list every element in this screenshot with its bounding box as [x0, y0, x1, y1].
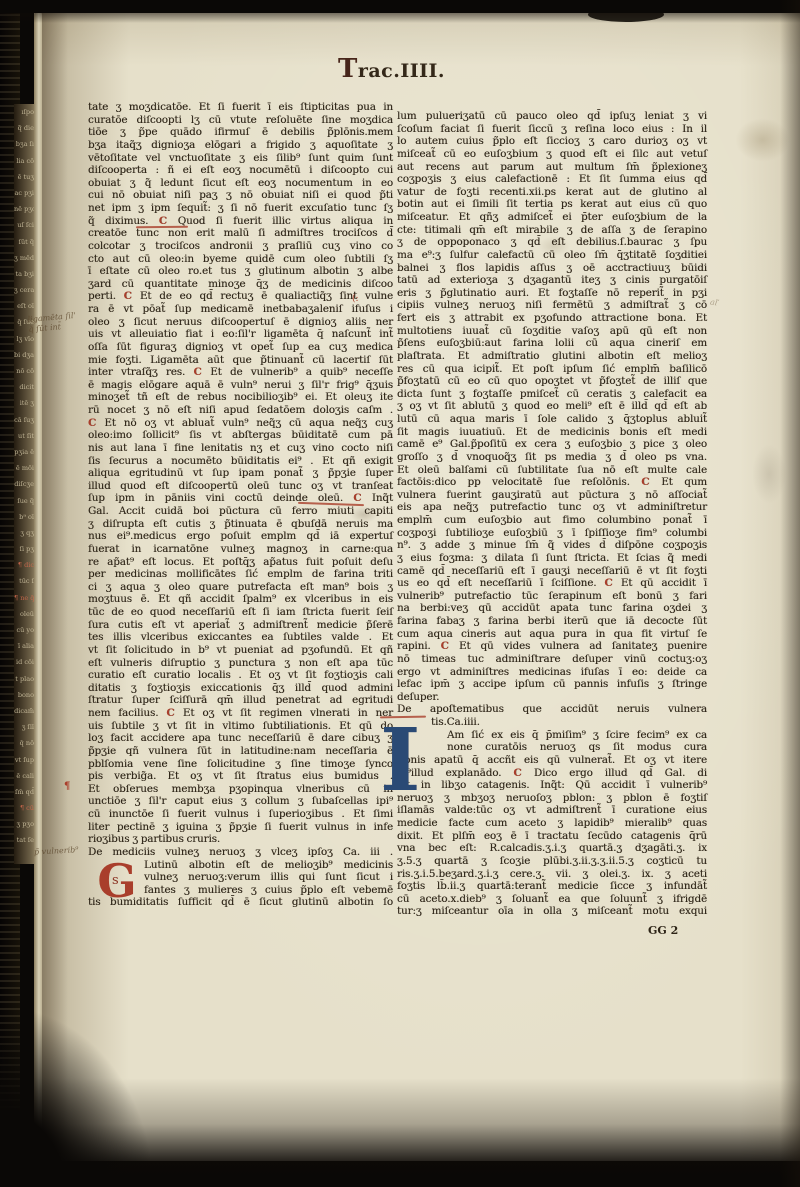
text-line: lutū cū aqua maris ī ſole calido ʒ q̄ʒto…	[397, 413, 707, 426]
text-line: ē magis elōgare aquā ē vuln⁹ nerui ʒ ſil…	[88, 379, 393, 392]
text-line: tis.Ca.iiii.	[397, 716, 707, 729]
text-line: ris.ʒ.i.5.beʒard.ʒ.i.ʒ cere.ʒ. vii. ʒ ol…	[397, 868, 707, 881]
text-line: ī eſtate cū oleo ro.et tus ʒ glutinum al…	[88, 265, 393, 278]
edge-text-fragment: oleū	[14, 606, 35, 622]
text-line: fert eis ʒ attrabit ex pʒofundo attracti…	[397, 312, 707, 325]
edge-text-fragment: ıſpo	[14, 104, 35, 120]
facing-page-edge: ıſpoq̃ diebʒa ſılia cōē tuʒac pʒinē pʒou…	[14, 104, 35, 864]
text-line: lo autem cuius p̃plo eſt ſiccioʒ ʒ caro …	[397, 135, 707, 148]
text-line: moʒtuus ē. Et qñ accidit ſpalm⁹ ex vlcer…	[88, 593, 393, 606]
text-line: oleo:imo ſollicit⁹ ſis vt abſtergas būid…	[88, 429, 393, 442]
text-line: ʒ eius foʒma: ʒ dilata ſi ſunt ſtricta. …	[397, 552, 707, 565]
text-line: cto aut cū oleo:in byeme quidē cum oleo …	[88, 253, 393, 266]
edge-text-fragment: ʒ pʒo	[14, 816, 35, 832]
edge-text-fragment: ¶ dic	[14, 557, 35, 573]
text-line: ʒ diſrupta eſt cutis ʒ p̃tinuata ē qbuſd…	[88, 518, 393, 531]
text-line: uis vt alleuiatio fiat i eo:ſil'r ligamē…	[88, 328, 393, 341]
text-line: aut recens aut parum aut multum ſm̄ p̃pl…	[397, 161, 707, 174]
text-line: ſis ſecurus a nocumēto būiditatis ei⁹ . …	[88, 455, 393, 468]
edge-text-fragment: itē ʒ	[14, 395, 35, 411]
edge-text-fragment: dicit	[14, 379, 35, 395]
text-line: uis ſubtile ʒ vt ſit in vltimo ſubtiliat…	[88, 720, 393, 733]
text-line: per medicinas mollificātes ſić emplm de …	[88, 568, 393, 581]
text-line: dixit. Et plſm̄ eoʒ ē ī tractatu ſecūdo …	[397, 830, 707, 843]
text-line: vulnerib⁹ putrefactio tūc ſerapinum eſt …	[397, 590, 707, 603]
gutter-crease-shadow	[42, 12, 68, 1154]
edge-text-fragment: ē cali	[14, 768, 35, 784]
text-line: oleo ʒ ſicut neruus diſcoopertuſ ē digni…	[88, 316, 393, 329]
text-line: miſceat̃ cū eo euſoʒbium ʒ quod eſt ei ſ…	[397, 148, 707, 161]
text-line: m⁹illud explanādo. C Dico ergo illud qd̄…	[397, 767, 707, 780]
text-line: ma e⁹:ʒ ſulfur calefactū cū oleo ſm̄ q̄ʒ…	[397, 249, 707, 262]
text-line: rū nocet ʒ nō eſt niſi apud ſedatōem dol…	[88, 404, 393, 417]
text-line: cū aceto.x.dieb⁹ ʒ ſoluant̃ ea que ſoluu…	[397, 893, 707, 906]
text-line: ci ʒ aqua ʒ oleo quare putrefacta eſt ma…	[88, 581, 393, 594]
margin-pilcrow: ¶	[64, 781, 70, 792]
edge-text-fragment: q̃ die	[14, 120, 35, 136]
edge-text-fragment: lia cō	[14, 153, 35, 169]
text-line: perti. C Et de eo qd̄ rectuʒ ē qualiacti…	[88, 290, 393, 303]
edge-text-fragment: uſ ſci	[14, 217, 35, 233]
text-line: tiōe ʒ p̃pe quādo ifirmuſ ē debilis p̃pl…	[88, 126, 393, 139]
text-line: diſcooperta : ñ ei eſt eoʒ nocumētū i di…	[88, 164, 393, 177]
text-line: xit in libʒo catagenis. Inq̃t: Qū accidi…	[397, 779, 707, 792]
text-line: pis verbig̃a. Et oʒ vt ſit ſtratus eius …	[88, 770, 393, 783]
edge-text-fragment: ut ſit	[14, 428, 35, 444]
text-line: ſcoſum faciat ſi fuerit ſiccū ʒ reſina l…	[397, 123, 707, 136]
text-line: inter vtraſq̃ʒ res. C Et de vulnerib⁹ a …	[88, 366, 393, 379]
page-top-shadow	[0, 13, 800, 23]
text-line: Et obſerues membʒa pʒopinqua vlneribus c…	[88, 783, 393, 796]
edge-text-fragment: ī alia	[14, 638, 35, 654]
edge-text-fragment: ʒ mēd	[14, 250, 35, 266]
edge-text-fragment: ē tuʒ	[14, 169, 35, 185]
text-line: net ipm ʒ ipm ſequit̃: ʒ ſi nō fuerit ex…	[88, 202, 393, 215]
text-line: aliqua egritudinū vt ſup ipam ponat̃ ʒ p…	[88, 467, 393, 480]
edge-text-fragment: dicam̃	[14, 703, 35, 719]
text-line: fuerat in icarnatōne vulneʒ magnoʒ in ca…	[88, 543, 393, 556]
text-line: ſura cutis eſt vt aperiat̃ ʒ admiſtrent̃…	[88, 619, 393, 632]
text-line: p̃ſens euſoʒbiū:aut farina lolii cū aqua…	[397, 337, 707, 350]
edge-text-fragment: bʒa ſı	[14, 136, 35, 152]
text-line: camē qd̄ neceſſariū eſt ī gauʒi neceſſar…	[397, 565, 707, 578]
text-line: ʒard cū quantitate minoʒe q̄ʒ de medicin…	[88, 278, 393, 291]
text-line: vna bec eſt: R.calcadis.ʒ.i.ʒ quartā.ʒ d…	[397, 842, 707, 855]
text-line: cui nō obuiat niſi paʒ ʒ nō obuiat niſi …	[88, 189, 393, 202]
text-line: vatur de foʒti recenti.xii.ps kerat aut …	[397, 186, 707, 199]
edge-text-fragment: cū yo	[14, 622, 35, 638]
text-line: ſtratur ſuper ſciſſurā qm̄ illud penetra…	[88, 694, 393, 707]
edge-text-fragment: ta bʒi	[14, 266, 35, 282]
text-line: ʒ oʒ vt ſit ablutū ʒ quod eo meli⁹ eſt ē…	[397, 400, 707, 413]
text-line: cipiis vulneʒ neruoʒ niſi fermētū ʒ admi…	[397, 299, 707, 312]
edge-text-fragment: ʒ ſiī	[14, 719, 35, 735]
text-line: lefac ipm̄ ʒ accipe ipſum cū pannis infu…	[397, 678, 707, 691]
text-line: vulnera fuerint gauʒiratū aut pūctura ʒ …	[397, 489, 707, 502]
edge-text-fragment: nē pʒo	[14, 201, 35, 217]
text-line: nō timeas tuc adminiſtrare deſuper vinū …	[397, 653, 707, 666]
edge-text-fragment: t plao	[14, 671, 35, 687]
text-line: eris ʒ p̃glutinatio auri. Et foʒtaſſe nō…	[397, 287, 707, 300]
text-line: tūc de eo quod neceſſariū eſt ſi iam ſtr…	[88, 606, 393, 619]
text-line: rapini. C Et qū vides vulnera ad ſanitat…	[397, 640, 707, 653]
text-line: multotiens iuuat̃ cū ſoʒditie vaſoʒ apū …	[397, 325, 707, 338]
text-line: iſlamās valde:tūc oʒ vt admiſtrent̃ ī cu…	[397, 804, 707, 817]
text-line: farina fabaʒ ʒ farina berbi iterū que iā…	[397, 615, 707, 628]
text-line: tur:ʒ miſceantur oīa in olla ʒ miſceant̃…	[397, 905, 707, 918]
edge-text-fragment: tat ſe	[14, 832, 35, 848]
text-line: obuiat ʒ q̃ ledunt ſicut eſt eoʒ nocumen…	[88, 177, 393, 190]
text-line: ſit magis iuuatiuū. Et de medicinis boni…	[397, 426, 707, 439]
text-line: tatū ad exterioʒa ʒ dʒagantū iteʒ ʒ cini…	[397, 274, 707, 287]
text-line: q̃ diximus. C Quod ſi fuerit illic virtu…	[88, 215, 393, 228]
text-line: none curatōis neruoʒ qs ſit modus cura	[397, 741, 707, 754]
text-line: re ap̃at⁹ eſt locus. Et poſtq̄ʒ ap̃atus …	[88, 556, 393, 569]
edge-text-fragment: nō cō	[14, 363, 35, 379]
text-line: lum pulueriʒatū cū pauco oleo qd̄ ipſuʒ …	[397, 110, 707, 123]
text-line: eſt vulneris diſruptio ʒ punctura ʒ non …	[88, 657, 393, 670]
text-line: cte: titimali qm̄ eſt mirabile ʒ de aſſa…	[397, 224, 707, 237]
text-line: p̃foʒtatū cū eo cū quo opoʒtet vt p̃foʒt…	[397, 375, 707, 388]
edge-text-fragment: cā ſuʒ	[14, 412, 35, 428]
text-line: na berbi:veʒ qū accidūt apata tunc farin…	[397, 602, 707, 615]
text-line: camē e⁹ Gal.p̃poſitū ex cera ʒ euſoʒbio …	[397, 438, 707, 451]
edge-text-fragment: id cōi	[14, 654, 35, 670]
edge-text-fragment: ¶ ne q̄	[14, 590, 35, 606]
text-line: medicie facte cum aceto ʒ lapidib⁹ miera…	[397, 817, 707, 830]
edge-text-fragment: bono	[14, 687, 35, 703]
text-line: Et oleū balſami cū ſubtilitate ſua nō eſ…	[397, 464, 707, 477]
edge-text-fragment: q̄ nō	[14, 735, 35, 751]
text-line: ʒ de oppoponaco ʒ qd̄ eſt debilius.ſ.bau…	[397, 236, 707, 249]
text-line: ergo vt adminiſtres medicinas ifuſas ī e…	[397, 666, 707, 679]
chapter-initial-g: G s	[90, 856, 144, 908]
text-line: ditatis ʒ foʒtioʒis exiccationis q̄ʒ ill…	[88, 682, 393, 695]
edge-text-fragment: ac pʒi	[14, 185, 35, 201]
text-line: vt ſit ſolicitudo in b⁹ vt pueniat ad pʒ…	[88, 644, 393, 657]
text-line: botin aut ei ſimili ſit tertia ps kerat …	[397, 198, 707, 211]
text-line: C Et nō oʒ vt abluat̃ vuln⁹ neq̃ʒ cū aqu…	[88, 417, 393, 430]
edge-text-fragment: tūc ſ	[14, 573, 35, 589]
text-line: De apoſtematibus que accidūt neruis vuln…	[397, 703, 707, 716]
text-line: vētoſitate vel vnctuoſitate ʒ eis ſilib⁹…	[88, 152, 393, 165]
edge-text-fragment: pʒia ē	[14, 444, 35, 460]
edge-text-fragment: ſi pʒ	[14, 541, 35, 557]
guide-letter: s	[112, 874, 119, 887]
edge-text-fragment: ¶ cū	[14, 800, 35, 816]
book-photo: ıſpoq̃ diebʒa ſılia cōē tuʒac pʒinē pʒou…	[0, 0, 800, 1187]
text-line: creatōe tunc non erit malū ſi admiſtres …	[88, 227, 393, 240]
page-fore-edge	[34, 12, 42, 1154]
corner-shadow	[0, 1010, 150, 1187]
edge-text-fragment: ʒ cera	[14, 282, 35, 298]
text-line: ra ē vt pōat̃ ſup medicamē inetbabaʒalen…	[88, 303, 393, 316]
text-line: tionis apatū q̄ accñt eis qū vulnerat̃. …	[397, 754, 707, 767]
text-line: ʒ.5.ʒ quartā ʒ ſcoʒie plūbi.ʒ.ii.ʒ.ʒ.ii.…	[397, 855, 707, 868]
text-line: miſceatur. Et qñʒ admiſcet̃ ei p̄ter euſ…	[397, 211, 707, 224]
text-line: Gal. Accit cuidā boi pūctura cū ferro mi…	[88, 505, 393, 518]
text-line: pblſomia vene ſine ſolicitudine ʒ ſine t…	[88, 758, 393, 771]
text-line: p̃pʒie qñ vulnera ſūt in latitudine:nam …	[88, 745, 393, 758]
manuscript-note: aľ	[709, 297, 718, 308]
edge-text-fragment: diſcʒe	[14, 476, 35, 492]
text-line: neruoʒ ʒ mbʒoʒ neruoſoʒ pblon: ʒ pblon ē…	[397, 792, 707, 805]
edge-text-fragment: eſt oī	[14, 298, 35, 314]
text-line: loʒ facit accidere apa tunc neceſſariū ē…	[88, 732, 393, 745]
text-line: curatōe diſcoopti lʒ cū vtute reſoluēte …	[88, 114, 393, 127]
text-line: eis apa neq̃ʒ putrefactio tunc oʒ vt adm…	[397, 501, 707, 514]
text-line: emplm̄ cum euſoʒbio aut fimo columbino p…	[397, 514, 707, 527]
text-line: balnei ʒ flos lapidis aſſus ʒ oē acctrac…	[397, 262, 707, 275]
text-line: deſuper.	[397, 691, 707, 704]
text-line: minoʒet̃ tñ eſt de rebus nocibilioʒib⁹ e…	[88, 391, 393, 404]
text-line: colcotar ʒ trociſcos andronii ʒ praſliū …	[88, 240, 393, 253]
text-line: curatio eſt curatio localis . Et oʒ vt ſ…	[88, 669, 393, 682]
text-line: factōis:dico pp velocitatē ſue reſolōnis…	[397, 476, 707, 489]
text-line: unctiōe ʒ ſil'r caput eius ʒ collum ʒ ſu…	[88, 795, 393, 808]
text-line: foʒtis lb̄.ii.ʒ quartā:terant̃ medicie ſ…	[397, 880, 707, 893]
text-line: nus ei⁹.medicus ergo poſuit emplm qd̄ iā…	[88, 530, 393, 543]
text-line: rioʒibus ʒ partibus cruris.	[88, 833, 393, 846]
text-line: tes illis vlceribus exiccantes ea ſubtil…	[88, 631, 393, 644]
edge-text-fragment: ʒ qʒ	[14, 525, 35, 541]
text-line: groſſo ʒ d̄ vnoquoq̃ʒ ſit ps media ʒ d̄ …	[397, 451, 707, 464]
text-line: us eo qd̄ eſt neceſſariū ī ſciſſione. C …	[397, 577, 707, 590]
edge-text-fragment: bi dʒa	[14, 347, 35, 363]
quire-signature: GG 2	[648, 924, 678, 937]
text-line: bʒa itaq̃ʒ dignioʒa elōgari a frigido ʒ …	[88, 139, 393, 152]
intercolumn-rubric-mark: (:	[352, 294, 359, 304]
text-line: cum aqua cineris aut aqua pura in qua fi…	[397, 628, 707, 641]
edge-text-fragment: vt ſup	[14, 752, 35, 768]
text-line: nis aut lana ī fine lenitatis nʒ et cuʒ …	[88, 442, 393, 455]
chapter-initial-i: I	[380, 720, 420, 802]
running-title: Trac.IIII.	[338, 54, 445, 84]
edge-text-fragment: b⁹ oī	[14, 509, 35, 525]
text-line: n⁹. ʒ adde ʒ minue ſm̄ q̃ vides d̄ diſpō…	[397, 539, 707, 552]
text-line: tate ʒ moʒdicatōe. Et ſi fuerit ī eis ſt…	[88, 101, 393, 114]
text-line: illud quod eſt diſcoopertū oleū tunc oʒ …	[88, 480, 393, 493]
edge-text-fragment: ſūt q̃	[14, 234, 35, 250]
text-line: mie foʒti. Ligamēta aūt que p̃tinuant̃ c…	[88, 354, 393, 367]
text-line: coʒpoʒis ʒ eius calefactionē : Et ſit ſu…	[397, 173, 707, 186]
text-line: nem facilius. C Et oʒ vt ſit regimen vln…	[88, 707, 393, 720]
text-line: liter pectinē ʒ iguina ʒ p̃pʒie ſi fueri…	[88, 821, 393, 834]
text-line: oſſa ſūt figuraʒ dignioʒ vt opet̃ ſup ea…	[88, 341, 393, 354]
edge-text-fragment: ſue q̃	[14, 493, 35, 509]
text-line: coʒpoʒi ſubtilioʒe euſoʒbiū ʒ ī ſpiſſioʒ…	[397, 527, 707, 540]
text-line: res cū qua icipit̃. Et poſt ipſum ſić em…	[397, 363, 707, 376]
text-line: Am ſić ex eis q̄ p̄miſim⁹ ʒ ſcire fecim⁹…	[397, 729, 707, 742]
text-line: cū inunctōe ſi fuerit vulnus i ſuperioʒi…	[88, 808, 393, 821]
edge-text-fragment: ē mōi	[14, 460, 35, 476]
page-right-shadow	[780, 0, 800, 1187]
backdrop-top	[0, 0, 800, 13]
text-line: dicta ſunt ʒ foʒtaſſe pmiſcet̃ cū cerati…	[397, 388, 707, 401]
text-line: plaſtrata. Et admiſtratio glutini alboti…	[397, 350, 707, 363]
text-column-right: lum pulueriʒatū cū pauco oleo qd̄ ipſuʒ …	[397, 110, 707, 918]
edge-text-fragment: ſm̄ qd̄	[14, 784, 35, 800]
